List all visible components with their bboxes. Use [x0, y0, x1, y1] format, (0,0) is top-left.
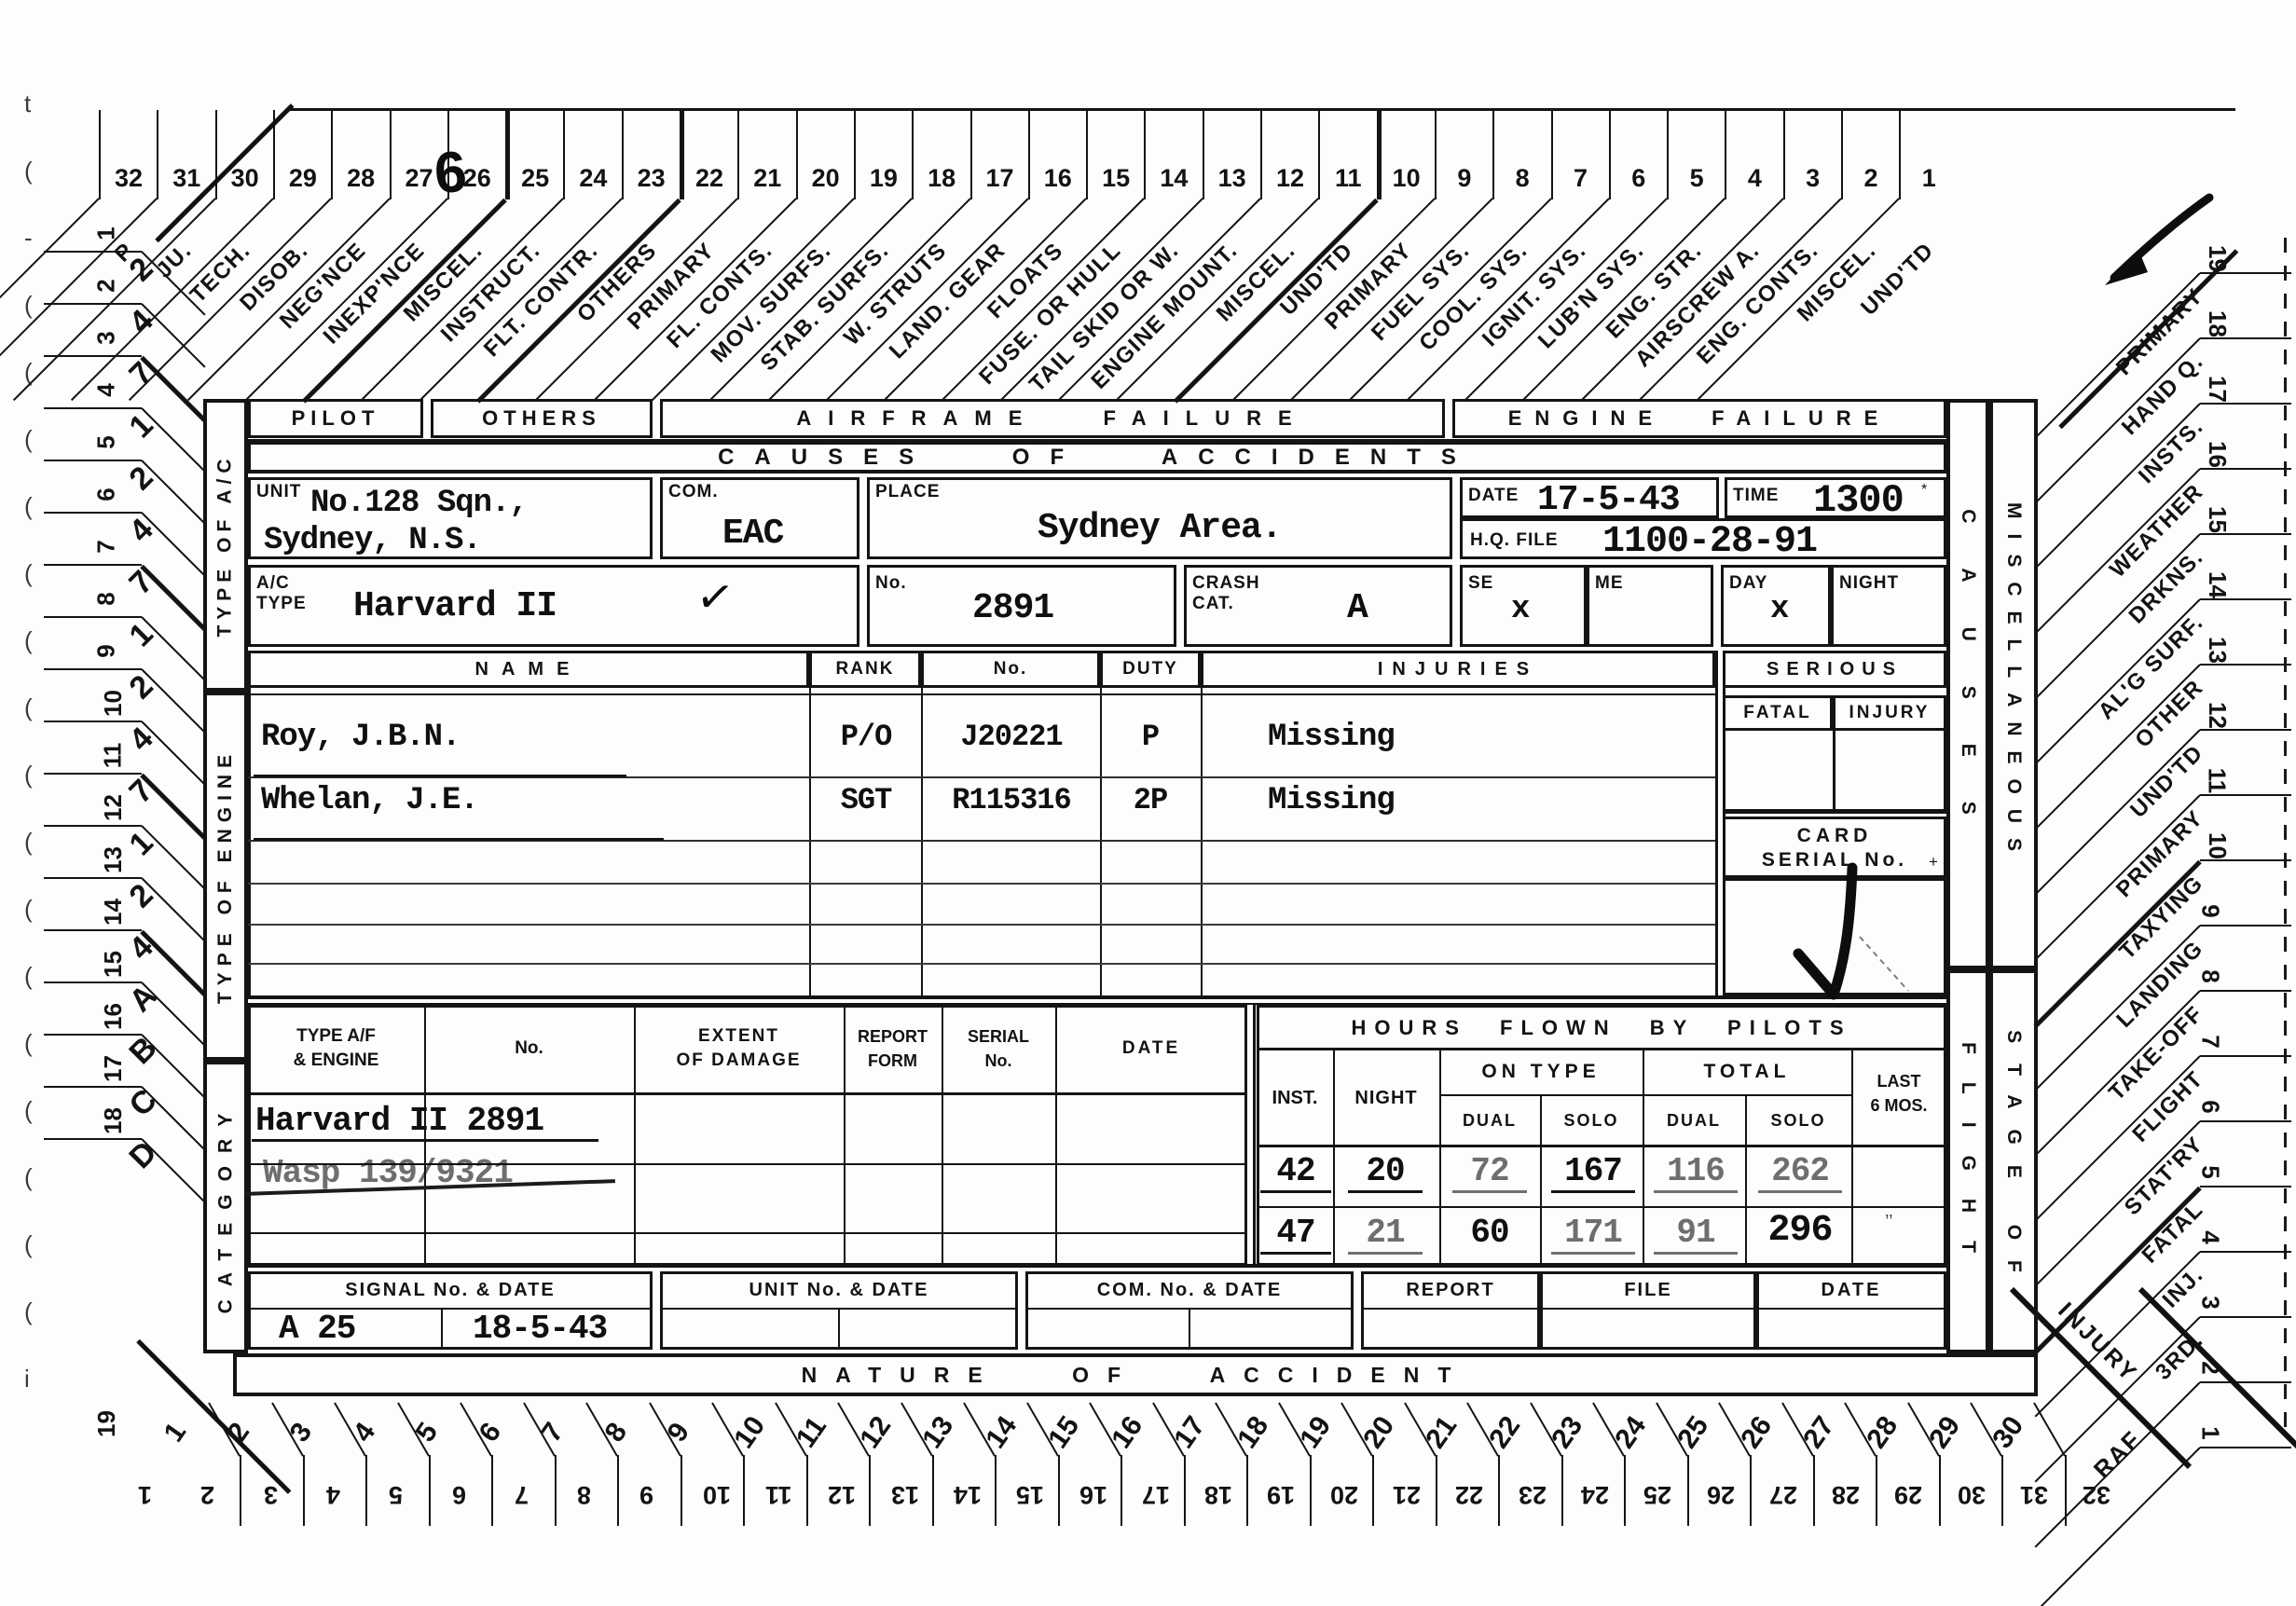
damage-header-date: DATE [1055, 1036, 1247, 1061]
left-edge-divider [44, 251, 142, 253]
bottom-mirror-number: 4 [326, 1480, 340, 1509]
bottom-edge-divider [1246, 1455, 1248, 1526]
top-edge-number: 1 [1903, 164, 1955, 193]
fatal-injury-divider [1833, 731, 1835, 809]
bottom-edge-divider [1624, 1455, 1626, 1526]
time-field: TIME 1300 * [1725, 477, 1946, 518]
signal-field: SIGNAL No. & DATE A 25 18-5-43 [248, 1271, 653, 1350]
hours-header-on-type: ON TYPE [1439, 1053, 1643, 1091]
top-edge-number: 16 [1032, 164, 1084, 193]
right-edge-divider [2200, 990, 2291, 992]
bottom-edge-number: 19 [1294, 1411, 1338, 1455]
right-edge-number: 1 [2196, 1426, 2225, 1439]
left-edge-label: 7 [122, 355, 160, 393]
crew-rank: SGT [813, 783, 919, 817]
aircraft-number-field: No. 2891 [867, 565, 1176, 647]
fatal-header: FATAL [1723, 695, 1833, 731]
top-edge-number: 32 [103, 164, 155, 193]
hours-header-last6: 6 MOS. [1851, 1094, 1946, 1117]
margin-mark: ( [24, 157, 33, 185]
margin-mark: ( [24, 1230, 33, 1259]
hours-subheader-line [1439, 1094, 1851, 1096]
crew-header-rank: RANK [809, 651, 921, 688]
bottom-mirror-number: 27 [1769, 1480, 1797, 1509]
damage-header-serial: SERIAL [942, 1025, 1055, 1048]
bottom-mirror-number: 12 [828, 1480, 856, 1509]
bottom-edge-number: 13 [916, 1411, 960, 1455]
top-edge-divider [99, 110, 101, 199]
strip-causes: CAUSES [1946, 399, 1989, 969]
unit-no-date-field: UNIT No. & DATE [660, 1271, 1018, 1350]
bottom-mirror-number: 1 [138, 1480, 152, 1509]
left-edge-number: 1 [92, 226, 121, 240]
bottom-edge-number: 14 [980, 1411, 1024, 1455]
hours-night: 21 [1348, 1214, 1423, 1255]
left-edge-label: D [122, 1134, 164, 1176]
left-edge-number: 16 [99, 1003, 128, 1030]
hours-on-solo: 171 [1551, 1214, 1635, 1255]
bottom-mirror-number: 32 [2083, 1480, 2110, 1509]
crew-row-line [248, 924, 1715, 926]
crew-header-duty: DUTY [1100, 651, 1201, 688]
hours-on-dual: 72 [1452, 1152, 1527, 1193]
right-edge-number: 18 [2203, 310, 2232, 337]
damage-header-report-form: REPORT [844, 1025, 942, 1048]
right-edge-number: 15 [2203, 506, 2232, 533]
strip-flight: FLIGHT [1946, 969, 1989, 1353]
crew-rank: P/O [813, 720, 919, 754]
top-edge-divider [1667, 110, 1669, 199]
bottom-edge-number: 17 [1168, 1411, 1212, 1455]
right-edge-divider [2200, 664, 2291, 666]
hours-on-solo: 167 [1551, 1152, 1635, 1193]
bottom-edge-divider [806, 1455, 808, 1526]
date-value: 17-5-43 [1537, 480, 1680, 520]
right-edge-number: 9 [2196, 904, 2225, 917]
bottom-edge-divider [491, 1455, 493, 1526]
left-edge-divider [44, 512, 142, 514]
top-edge-divider [737, 110, 739, 199]
bottom-edge-number: 25 [1671, 1411, 1715, 1455]
left-edge-divider [44, 981, 142, 983]
hours-header-solo: SOLO [1540, 1102, 1643, 1139]
left-edge-label: 2 [122, 668, 160, 707]
bottom-edge-number: 22 [1483, 1411, 1527, 1455]
top-edge-number: 3 [1787, 164, 1839, 193]
crew-row-line [248, 883, 1715, 885]
bottom-mirror-number: 31 [2020, 1480, 2048, 1509]
margin-mark: ( [24, 492, 33, 521]
bottom-edge-number: 30 [1987, 1411, 2030, 1455]
crew-header-underline [248, 693, 1715, 695]
left-edge-label: 2 [122, 877, 160, 915]
left-edge-label: 4 [122, 512, 160, 550]
right-edge-divider [2200, 794, 2291, 796]
bottom-mirror-number: 13 [891, 1480, 919, 1509]
top-edge-number: 15 [1090, 164, 1142, 193]
hours-row-line [1257, 1206, 1946, 1208]
hours-header-last6: LAST [1851, 1070, 1946, 1092]
section-divider-bold [248, 995, 1946, 999]
bottom-edge-divider [1184, 1455, 1186, 1526]
bottom-edge-slant-line [2033, 1403, 2066, 1457]
bottom-mirror-number: 26 [1707, 1480, 1735, 1509]
hours-left-double-line [1253, 1005, 1256, 1266]
top-edge-divider [970, 110, 972, 199]
bottom-edge-number: 29 [1923, 1411, 1967, 1455]
bottom-mirror-number: 8 [577, 1480, 591, 1509]
left-edge-number: 2 [92, 279, 121, 292]
hours-header-bottom [1257, 1145, 1946, 1147]
top-edge-number: 19 [858, 164, 910, 193]
top-edge-divider [1144, 110, 1146, 199]
crew-name: Whelan, J.E. [261, 783, 478, 818]
left-edge-number: 18 [99, 1107, 128, 1134]
bottom-mirror-number: 22 [1455, 1480, 1483, 1509]
right-edge-divider [2200, 403, 2291, 405]
left-edge-number: 6 [92, 487, 121, 501]
aircraft-type-value: Harvard II [353, 586, 557, 626]
left-edge-divider [44, 303, 142, 305]
bottom-mirror-number: 20 [1330, 1480, 1358, 1509]
top-edge-number: 23 [626, 164, 678, 193]
damage-header-type: & ENGINE [248, 1050, 424, 1072]
bottom-edge-divider [240, 1455, 241, 1526]
margin-mark: ( [24, 1029, 33, 1058]
left-edge-divider [44, 564, 142, 566]
crew-row-line [248, 963, 1715, 965]
bottom-edge-divider [1372, 1455, 1374, 1526]
multi-engine-field: ME [1587, 565, 1713, 647]
top-edge-divider [215, 110, 217, 199]
right-rim-dashed [2284, 238, 2287, 1440]
left-edge-number: 3 [92, 331, 121, 344]
bottom-mirror-number: 30 [1958, 1480, 1986, 1509]
top-edge-divider [1783, 110, 1785, 199]
damage-header-report-form: FORM [844, 1050, 942, 1072]
right-edge-number: 10 [2203, 832, 2232, 859]
top-edge-divider [563, 110, 565, 199]
top-edge-divider [1725, 110, 1726, 199]
margin-mark: ( [24, 1163, 33, 1192]
crew-header-no: No. [921, 651, 1100, 688]
hours-header-solo: SOLO [1745, 1102, 1851, 1139]
margin-mark: t [24, 89, 31, 118]
damage-header-line [248, 1092, 1247, 1095]
left-edge-number: 13 [99, 846, 128, 873]
single-engine-field: SE x [1460, 565, 1587, 647]
left-edge-label: 4 [122, 721, 160, 759]
top-edge-divider [1609, 110, 1611, 199]
left-edge-divider [44, 407, 142, 409]
group-header-others: OTHERS [431, 399, 653, 438]
left-edge-label: C [122, 1082, 164, 1124]
bottom-edge-divider [995, 1455, 997, 1526]
top-edge-number: 17 [974, 164, 1026, 193]
bottom-mirror-number: 16 [1079, 1480, 1107, 1509]
hours-header-inst: INST. [1257, 1079, 1333, 1117]
margin-mark: ( [24, 895, 33, 924]
margin-mark: ( [24, 962, 33, 991]
damage-header-type: TYPE A/F [248, 1025, 424, 1048]
top-edge-divider [331, 110, 333, 199]
strip-stage-of: STAGE OF [1989, 969, 2038, 1353]
signal-number: A 25 [279, 1310, 355, 1348]
command-value: EAC [722, 514, 783, 554]
bottom-edge-number: 8 [598, 1417, 633, 1448]
right-edge-divider [2200, 1381, 2291, 1383]
top-edge-divider [912, 110, 914, 199]
bottom-edge-number: 20 [1357, 1411, 1401, 1455]
bottom-edge-divider [555, 1455, 557, 1526]
bottom-mirror-number: 17 [1142, 1480, 1170, 1509]
unit-field: UNIT No.128 Sqn., Sydney, N.S. [248, 477, 653, 559]
top-edge-number: 22 [683, 164, 736, 193]
top-edge-divider [390, 110, 392, 199]
bottom-mirror-number: 18 [1204, 1480, 1232, 1509]
bottom-edge-number: 12 [854, 1411, 898, 1455]
crew-injuries: Missing [1268, 783, 1395, 818]
strip-type-of-ac: TYPE OF A/C [203, 399, 248, 692]
damage-header-extent: OF DAMAGE [634, 1050, 844, 1072]
left-edge-number: 5 [92, 435, 121, 448]
top-edge-number: 21 [741, 164, 793, 193]
top-edge-divider [1841, 110, 1843, 199]
right-edge-number: 7 [2196, 1035, 2225, 1048]
hours-total-dual: 91 [1654, 1214, 1738, 1255]
bottom-edge-number: 1 [158, 1417, 193, 1448]
bottom-edge-divider [365, 1455, 367, 1526]
bottom-mirror-number: 6 [452, 1480, 466, 1509]
margin-mark: ( [24, 425, 33, 454]
bottom-edge-divider [1813, 1455, 1815, 1526]
day-mark: x [1770, 592, 1788, 627]
top-edge-divider [854, 110, 856, 199]
right-edge-divider [2200, 1186, 2291, 1187]
bottom-edge-divider [1561, 1455, 1563, 1526]
left-edge-divider [44, 668, 142, 670]
aircraft-type-field: A/C TYPE Harvard II ✓ [248, 565, 859, 647]
aircraft-number-value: 2891 [972, 588, 1053, 628]
right-edge-divider [2200, 1120, 2291, 1122]
crew-col-line [921, 688, 923, 995]
top-edge-divider [1028, 110, 1030, 199]
bottom-mirror-number: 24 [1581, 1480, 1609, 1509]
bottom-edge-number: 7 [536, 1417, 571, 1448]
bottom-edge-divider [1121, 1455, 1122, 1526]
bottom-edge-number: 3 [284, 1417, 319, 1448]
hours-total-solo: 296 [1758, 1210, 1842, 1252]
top-edge-number: 25 [509, 164, 561, 193]
margin-mark: ( [24, 693, 33, 722]
bottom-mirror-number: 14 [954, 1480, 982, 1509]
left-edge-label: 2 [122, 460, 160, 498]
top-edge-slant-line [0, 198, 100, 401]
left-edge-label: 4 [122, 929, 160, 968]
nature-of-accident-band: NATURE OF ACCIDENT [233, 1353, 2038, 1396]
bottom-edge-number: 4 [347, 1417, 381, 1448]
bottom-edge-divider [1498, 1455, 1500, 1526]
crash-category-value: A [1347, 588, 1368, 628]
left-edge-number: 8 [92, 592, 121, 605]
hours-on-dual: 60 [1452, 1214, 1527, 1252]
top-edge-divider [1551, 110, 1553, 199]
left-edge-number: 4 [92, 383, 121, 396]
left-edge-label: 1 [122, 407, 160, 446]
com-no-date-field: COM. No. & DATE [1025, 1271, 1354, 1350]
bottom-edge-divider [429, 1455, 431, 1526]
bottom-mirror-number: 23 [1519, 1480, 1547, 1509]
hours-title-line [1257, 1048, 1946, 1050]
left-edge-label: 1 [122, 825, 160, 863]
crew-injuries: Missing [1268, 720, 1395, 755]
bottom-edge-number: 5 [410, 1417, 445, 1448]
right-edge-number: 5 [2196, 1165, 2225, 1178]
left-edge-divider [44, 616, 142, 618]
crew-col-line [1201, 688, 1203, 995]
right-edge-number: 8 [2196, 969, 2225, 982]
margin-mark: ( [24, 1096, 33, 1125]
bottom-edge-divider [1939, 1455, 1941, 1526]
crew-col-line [1100, 688, 1102, 995]
bottom-mirror-number: 2 [200, 1480, 214, 1509]
tables-bottom-bold [248, 1264, 1946, 1268]
bottom-edge-number: 24 [1609, 1411, 1653, 1455]
top-edge-number: 4 [1728, 164, 1780, 193]
right-edge-divider [2200, 1447, 2291, 1448]
left-edge-label: 7 [122, 773, 160, 811]
hours-header-total: TOTAL [1643, 1053, 1851, 1091]
left-edge-divider [44, 721, 142, 722]
serious-left-border [1723, 731, 1725, 809]
hours-night: 20 [1348, 1152, 1423, 1193]
bottom-mirror-number: 15 [1016, 1480, 1044, 1509]
bottom-mirror-number: 3 [264, 1480, 278, 1509]
top-edge-divider [1492, 110, 1494, 199]
margin-mark: ( [24, 828, 33, 857]
accident-record-card: t(-((((((((((((((((i 32 P 31 JU. 30 [0, 0, 2296, 1606]
aircraft-type-checkmark: ✓ [693, 569, 737, 625]
hours-header-dual: DUAL [1643, 1102, 1745, 1139]
left-edge-number: 17 [99, 1055, 128, 1082]
right-edge-number: 13 [2203, 637, 2232, 664]
bottom-edge-divider [1058, 1455, 1060, 1526]
bottom-edge-divider [1687, 1455, 1689, 1526]
top-rim-line [289, 108, 2235, 111]
crew-duty: P [1104, 720, 1197, 754]
left-edge-label: 7 [122, 564, 160, 602]
group-header-pilot: PILOT [248, 399, 423, 438]
left-edge-number: 15 [99, 951, 128, 978]
left-edge-number: 14 [99, 899, 128, 926]
hours-header-dual: DUAL [1439, 1102, 1540, 1139]
bottom-edge-divider [681, 1455, 682, 1526]
top-edge-number: 24 [567, 164, 619, 193]
right-edge-divider [2200, 729, 2291, 731]
top-edge-number: 11 [1322, 164, 1374, 193]
right-edge-number: 11 [2202, 768, 2231, 794]
bottom-mirror-number: 9 [639, 1480, 653, 1509]
top-edge-number: 6 [1613, 164, 1665, 193]
left-edge-number: 9 [92, 644, 121, 657]
crew-name: Roy, J.B.N. [261, 720, 460, 755]
top-edge-divider [796, 110, 798, 199]
bottom-mirror-number: 28 [1832, 1480, 1860, 1509]
top-edge-divider [1260, 110, 1262, 199]
top-edge-number: 9 [1438, 164, 1491, 193]
top-edge-divider [1899, 110, 1901, 199]
left-edge-number-19: 19 [92, 1410, 121, 1437]
right-edge-divider [2200, 859, 2291, 861]
single-engine-mark: x [1511, 592, 1529, 627]
bottom-edge-number: 26 [1735, 1411, 1779, 1455]
bottom-edge-divider [1876, 1455, 1877, 1526]
hours-inst: 42 [1260, 1152, 1331, 1193]
right-edge-divider [2200, 598, 2291, 600]
top-edge-number: 14 [1148, 164, 1200, 193]
margin-mark: ( [24, 1297, 33, 1326]
page-title: CAUSES OF ACCIDENTS [248, 442, 1946, 474]
top-edge-number: 29 [277, 164, 329, 193]
top-edge-number: 8 [1496, 164, 1548, 193]
bottom-edge-divider [2065, 1455, 2067, 1526]
left-edge-number: 7 [92, 540, 121, 553]
damage-row-entry: Harvard II 2891 [255, 1102, 543, 1140]
bottom-edge-number: 23 [1546, 1411, 1589, 1455]
bottom-edge-number: 27 [1797, 1411, 1841, 1455]
hours-total-dual: 116 [1654, 1152, 1738, 1193]
top-edge-number: 10 [1381, 164, 1433, 193]
time-value: 1300 [1813, 478, 1904, 523]
typed-underline [254, 775, 626, 777]
bottom-edge-number: 11 [791, 1411, 833, 1453]
right-edge-number: 4 [2196, 1230, 2225, 1243]
report-field: REPORT [1361, 1271, 1540, 1350]
margin-mark: ( [24, 761, 33, 789]
hq-file-value: 1100-28-91 [1602, 521, 1817, 563]
bottom-edge-number: 18 [1231, 1411, 1275, 1455]
top-edge-divider [622, 110, 624, 199]
left-edge-divider [44, 460, 142, 461]
top-edge-number: 2 [1845, 164, 1897, 193]
night-field: NIGHT [1831, 565, 1946, 647]
signal-date: 18-5-43 [473, 1310, 607, 1348]
right-edge-divider [2200, 1055, 2291, 1057]
unit-value-line2: Sydney, N.S. [264, 523, 481, 558]
raf-mark: RAF [2088, 1425, 2148, 1485]
right-edge-divider [2200, 533, 2291, 535]
bottom-mirror-number: 10 [703, 1480, 731, 1509]
hours-total-solo: 262 [1758, 1152, 1842, 1193]
crew-left-border [248, 688, 251, 995]
left-edge-divider [44, 877, 142, 879]
typed-underline [252, 1139, 598, 1142]
bottom-mirror-number: 25 [1643, 1480, 1671, 1509]
top-edge-divider [1203, 110, 1204, 199]
serious-bottom-bold [1723, 809, 1946, 814]
bottom-edge-divider [2001, 1455, 2003, 1526]
damage-row-line [248, 1232, 1247, 1234]
left-edge-divider [44, 1034, 142, 1036]
top-edge-number: 12 [1264, 164, 1316, 193]
left-edge-divider [44, 1138, 142, 1140]
command-field: COM. EAC [660, 477, 859, 559]
bottom-edge-number: 10 [728, 1411, 772, 1455]
date-column-field: DATE [1756, 1271, 1946, 1350]
margin-mark: - [24, 224, 33, 253]
damage-header-serial: No. [942, 1050, 1055, 1072]
left-edge-divider [44, 355, 142, 357]
